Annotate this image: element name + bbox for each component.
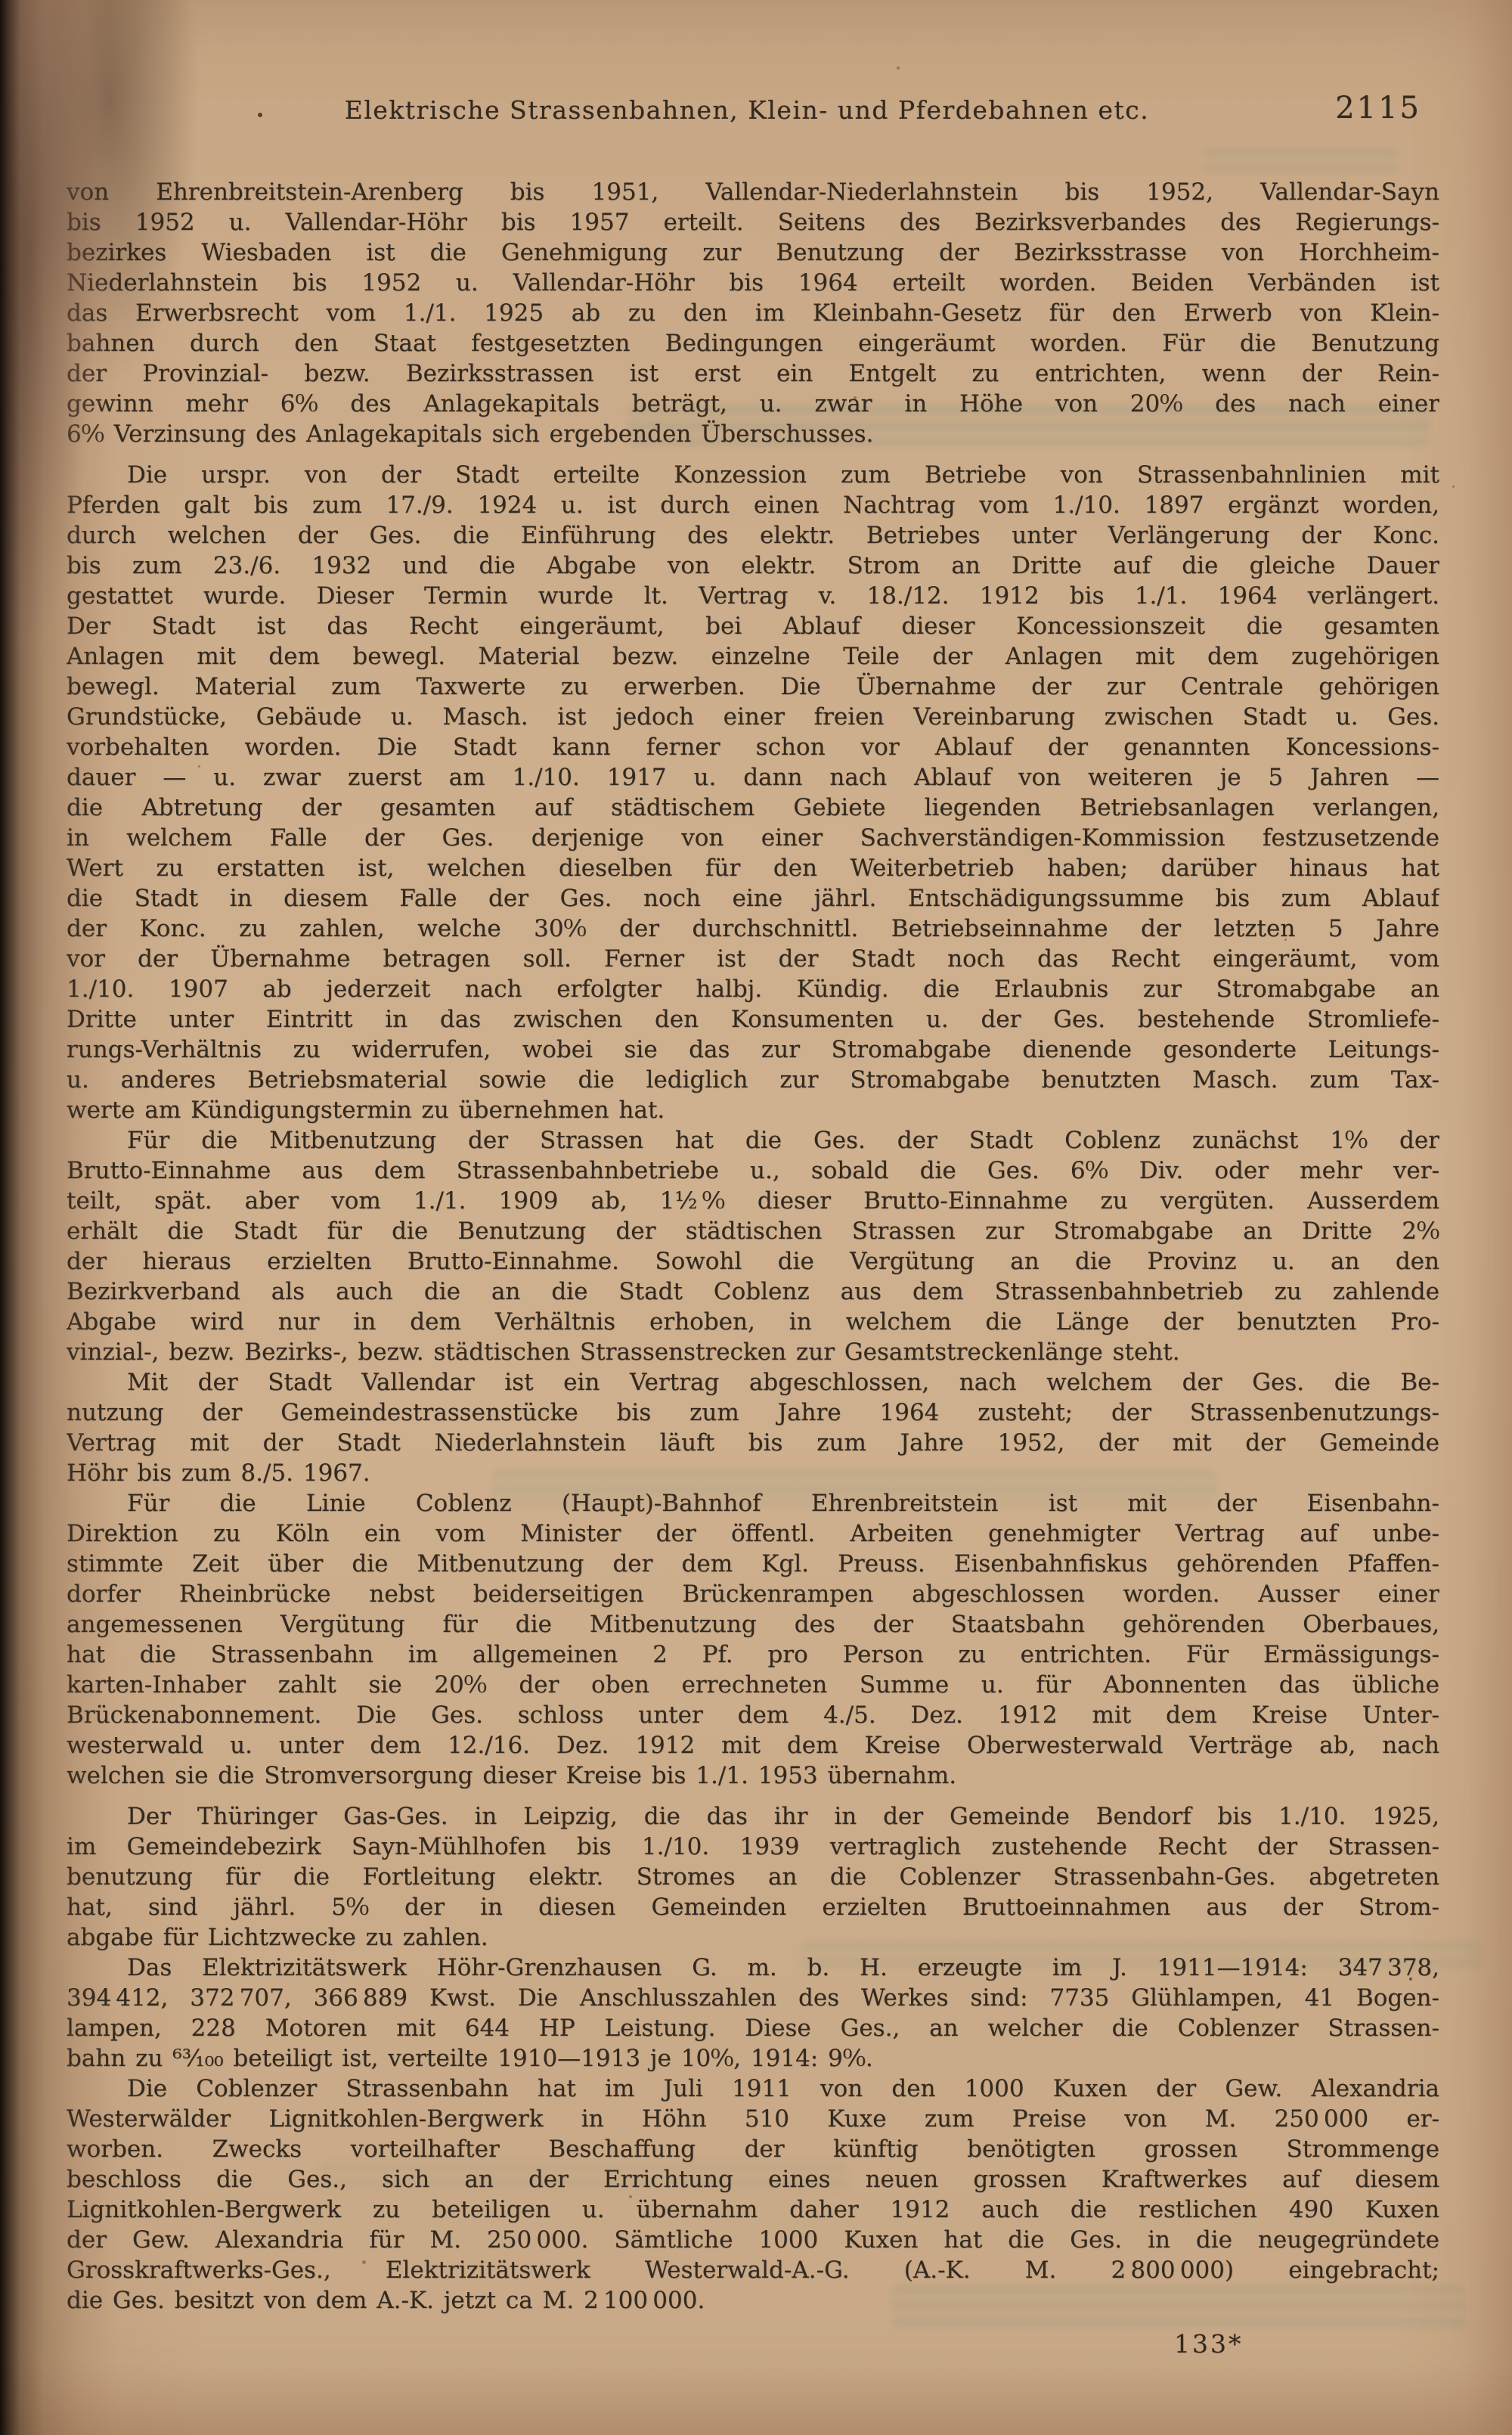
text-line: karten-Inhaber zahlt sie 20⁰⁄₀ der oben … — [67, 1670, 1439, 1700]
text-line: Abgabe wird nur in dem Verhältnis erhobe… — [67, 1307, 1439, 1337]
text-line: im Gemeindebezirk Sayn-Mühlhofen bis 1./… — [67, 1832, 1439, 1862]
text-line: der Provinzial- bezw. Bezirksstrassen is… — [67, 358, 1439, 389]
text-line: gewinn mehr 6⁰⁄₀ des Anlagekapitals betr… — [67, 389, 1439, 419]
show-through-stain — [1202, 148, 1399, 174]
text-block: von Ehrenbreitstein-Arenberg bis 1951, V… — [67, 177, 1439, 2316]
text-line: durch welchen der Ges. die Einführung de… — [67, 520, 1439, 551]
text-line: dauer — u. zwar zuerst am 1./10. 1917 u.… — [67, 762, 1439, 793]
text-line: Anlagen mit dem bewegl. Material bezw. e… — [67, 641, 1439, 672]
text-line: bis zum 23./6. 1932 und die Abgabe von e… — [67, 551, 1439, 581]
text-line: Direktion zu Köln ein vom Minister der ö… — [67, 1518, 1439, 1549]
text-line: Grundstücke, Gebäude u. Masch. ist jedoc… — [67, 702, 1439, 732]
text-line: 1./10. 1907 ab jederzeit nach erfolgter … — [67, 974, 1439, 1004]
text-line: stimmte Zeit über die Mitbenutzung der d… — [67, 1549, 1439, 1579]
text-line: bis 1952 u. Vallendar-Höhr bis 1957 erte… — [67, 207, 1439, 237]
text-line: Pferden galt bis zum 17./9. 1924 u. ist … — [67, 490, 1439, 520]
text-line: die Ges. besitzt von dem A.-K. jetzt ca … — [67, 2285, 1439, 2316]
text-line: Die Coblenzer Strassenbahn hat im Juli 1… — [67, 2074, 1439, 2104]
text-line: die Abtretung der gesamten auf städtisch… — [67, 793, 1439, 823]
paragraph: Die Coblenzer Strassenbahn hat im Juli 1… — [67, 2074, 1439, 2316]
text-line: die Stadt in diesem Falle der Ges. noch … — [67, 883, 1439, 914]
paragraph: Die urspr. von der Stadt erteilte Konzes… — [67, 460, 1439, 1125]
text-line: Für die Mitbenutzung der Strassen hat di… — [67, 1125, 1439, 1155]
text-line: der hieraus erzielten Brutto-Einnahme. S… — [67, 1246, 1439, 1276]
text-line: westerwald u. unter dem 12./16. Dez. 191… — [67, 1730, 1439, 1760]
text-line: 6⁰⁄₀ Verzinsung des Anlagekapitals sich … — [67, 419, 1439, 449]
signature-mark: 133* — [1174, 2329, 1244, 2359]
text-line: Brückenabonnement. Die Ges. schloss unte… — [67, 1700, 1439, 1730]
paragraph: Das Elektrizitätswerk Höhr-Grenzhausen G… — [67, 1953, 1439, 2074]
text-line: Für die Linie Coblenz (Haupt)-Bahnhof Eh… — [67, 1488, 1439, 1518]
text-line: hat die Strassenbahn im allgemeinen 2 Pf… — [67, 1639, 1439, 1670]
paragraph: von Ehrenbreitstein-Arenberg bis 1951, V… — [67, 177, 1439, 449]
text-line: in welchem Falle der Ges. derjenige von … — [67, 823, 1439, 853]
text-line: bahnen durch den Staat festgesetzten Bed… — [67, 328, 1439, 358]
text-line: benutzung für die Fortleitung elektr. St… — [67, 1862, 1439, 1892]
book-page-scan: Elektrische Strassenbahnen, Klein- und P… — [0, 0, 1512, 2435]
paragraph: Für die Mitbenutzung der Strassen hat di… — [67, 1125, 1439, 1367]
text-line: Westerwälder Lignitkohlen-Bergwerk in Hö… — [67, 2104, 1439, 2134]
text-line: Lignitkohlen-Bergwerk zu beteiligen u. ü… — [67, 2195, 1439, 2225]
text-line: angemessenen Vergütung für die Mitbenutz… — [67, 1609, 1439, 1639]
text-line: welchen sie die Stromversorgung dieser K… — [67, 1760, 1439, 1791]
text-line: hat, sind jährl. 5⁰⁄₀ der in diesen Geme… — [67, 1892, 1439, 1922]
text-line: gestattet wurde. Dieser Termin wurde lt.… — [67, 581, 1439, 611]
text-line: vorbehalten worden. Die Stadt kann ferne… — [67, 732, 1439, 762]
foxing-speck — [897, 67, 900, 70]
text-line: beschloss die Ges., sich an der Errichtu… — [67, 2164, 1439, 2195]
text-line: das Erwerbsrecht vom 1./1. 1925 ab zu de… — [67, 298, 1439, 328]
text-line: bewegl. Material zum Taxwerte zu erwerbe… — [67, 672, 1439, 702]
text-line: bahn zu ⁶³⁄₁₀₀ beteiligt ist, verteilte … — [67, 2043, 1439, 2074]
text-line: Vertrag mit der Stadt Niederlahnstein lä… — [67, 1428, 1439, 1458]
running-head-title: Elektrische Strassenbahnen, Klein- und P… — [67, 95, 1427, 125]
text-line: Der Thüringer Gas-Ges. in Leipzig, die d… — [67, 1801, 1439, 1832]
paragraph: Für die Linie Coblenz (Haupt)-Bahnhof Eh… — [67, 1488, 1439, 1791]
text-line: bezirkes Wiesbaden ist die Genehmigung z… — [67, 237, 1439, 268]
text-line: nutzung der Gemeindestrassenstücke bis z… — [67, 1397, 1439, 1428]
text-line: lampen, 228 Motoren mit 644 HP Leistung.… — [67, 2013, 1439, 2043]
text-line: Dritte unter Eintritt in das zwischen de… — [67, 1004, 1439, 1034]
text-line: werte am Kündigungstermin zu übernehmen … — [67, 1095, 1439, 1125]
foxing-speck — [1452, 485, 1455, 488]
text-line: worben. Zwecks vorteilhafter Beschaffung… — [67, 2134, 1439, 2164]
text-line: dorfer Rheinbrücke nebst beiderseitigen … — [67, 1579, 1439, 1609]
text-line: von Ehrenbreitstein-Arenberg bis 1951, V… — [67, 177, 1439, 207]
text-line: abgabe für Lichtzwecke zu zahlen. — [67, 1922, 1439, 1953]
text-line: 394 412, 372 707, 366 889 Kwst. Die Ansc… — [67, 1983, 1439, 2013]
text-line: Das Elektrizitätswerk Höhr-Grenzhausen G… — [67, 1953, 1439, 1983]
text-line: Wert zu erstatten ist, welchen dieselben… — [67, 853, 1439, 883]
page-number: 2115 — [1335, 91, 1421, 126]
text-line: erhält die Stadt für die Benutzung der s… — [67, 1216, 1439, 1246]
text-line: Grosskraftwerks-Ges., Elektrizitätswerk … — [67, 2255, 1439, 2285]
text-line: u. anderes Betriebsmaterial sowie die le… — [67, 1065, 1439, 1095]
paragraph: Der Thüringer Gas-Ges. in Leipzig, die d… — [67, 1801, 1439, 1953]
text-line: Brutto-Einnahme aus dem Strassenbahnbetr… — [67, 1155, 1439, 1186]
text-line: Höhr bis zum 8./5. 1967. — [67, 1458, 1439, 1488]
text-line: vor der Übernahme betragen soll. Ferner … — [67, 944, 1439, 974]
text-line: teilt, spät. aber vom 1./1. 1909 ab, 1¹⁄… — [67, 1186, 1439, 1216]
text-line: der Gew. Alexandria für M. 250 000. Sämt… — [67, 2225, 1439, 2255]
text-line: vinzial-, bezw. Bezirks-, bezw. städtisc… — [67, 1337, 1439, 1367]
text-line: Mit der Stadt Vallendar ist ein Vertrag … — [67, 1367, 1439, 1397]
text-line: rungs-Verhältnis zu widerrufen, wobei si… — [67, 1034, 1439, 1065]
text-line: Die urspr. von der Stadt erteilte Konzes… — [67, 460, 1439, 490]
paragraph: Mit der Stadt Vallendar ist ein Vertrag … — [67, 1367, 1439, 1488]
text-line: Niederlahnstein bis 1952 u. Vallendar-Hö… — [67, 268, 1439, 298]
text-line: Der Stadt ist das Recht eingeräumt, bei … — [67, 611, 1439, 641]
text-line: der Konc. zu zahlen, welche 30⁰⁄₀ der du… — [67, 914, 1439, 944]
page-header: Elektrische Strassenbahnen, Klein- und P… — [67, 95, 1427, 125]
text-line: Bezirkverband als auch die an die Stadt … — [67, 1276, 1439, 1307]
